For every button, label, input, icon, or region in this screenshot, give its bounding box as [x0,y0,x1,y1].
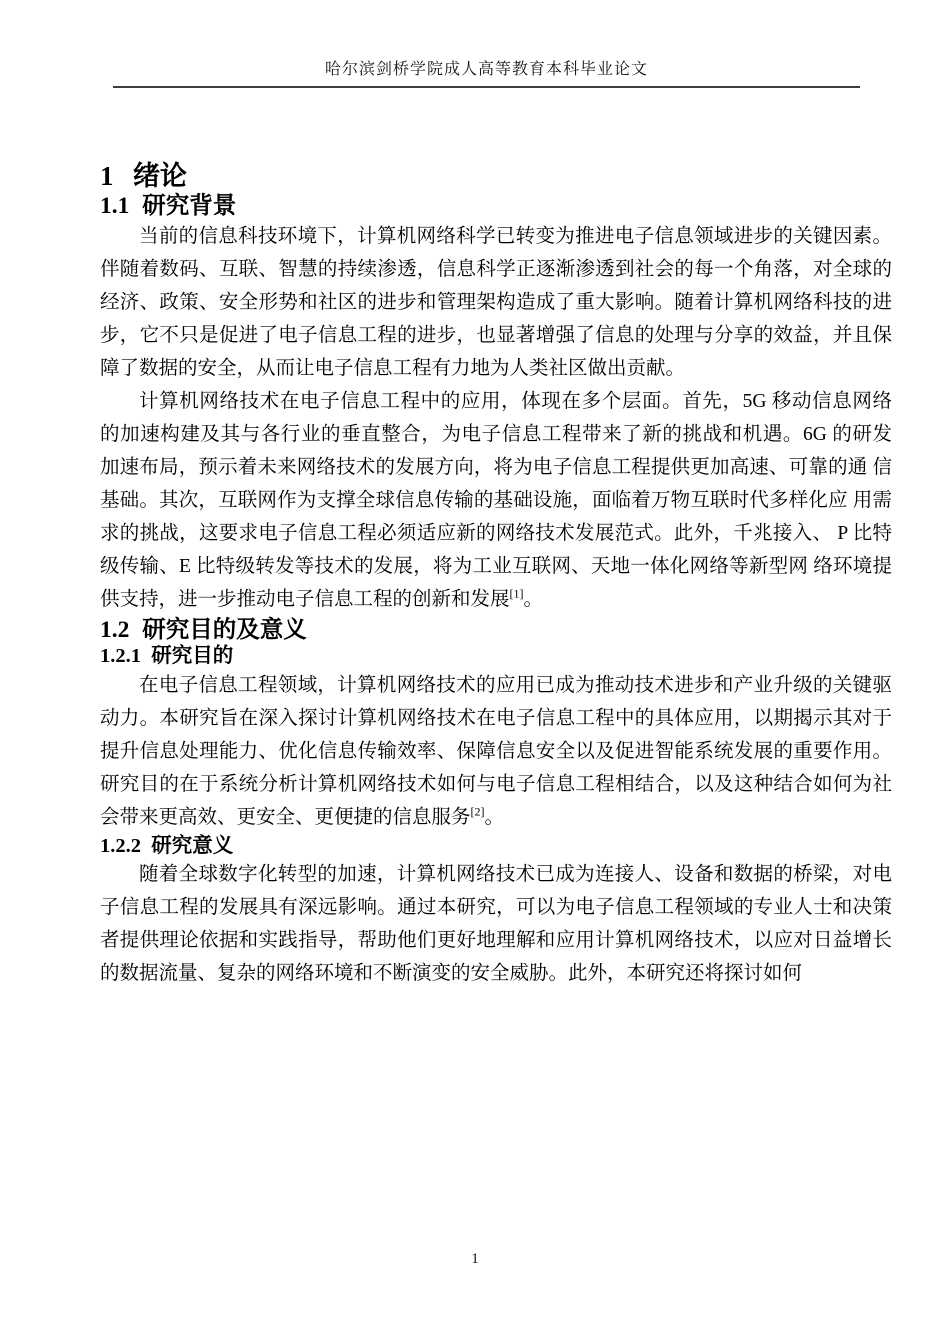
paragraph-background-1: 当前的信息科技环境下，计算机网络科学已转变为推进电子信息领域进步的关键因素。伴随… [100,220,892,385]
paragraph-meaning: 随着全球数字化转型的加速，计算机网络技术已成为连接人、设备和数据的桥梁，对电子信… [100,858,892,990]
chapter-heading: 1绪论 [100,161,892,192]
paragraph-background-2-text: 计算机网络技术在电子信息工程中的应用，体现在多个层面。首先，5G 移动信息网络 … [100,391,892,610]
citation-ref-1: [1] [510,587,524,601]
section-1-1-number: 1.1 [100,193,129,219]
paragraph-background-2-tail: 。 [524,589,544,610]
header-title: 哈尔滨剑桥学院成人高等教育本科毕业论文 [113,59,860,81]
document-page: 哈尔滨剑桥学院成人高等教育本科毕业论文 1绪论 1.1研究背景 当前的信息科技环… [0,0,950,1344]
document-body: 1绪论 1.1研究背景 当前的信息科技环境下，计算机网络科学已转变为推进电子信息… [100,161,892,990]
page-footer: 1 [0,1250,950,1268]
page-number: 1 [471,1251,479,1267]
section-1-2-number: 1.2 [100,617,129,643]
page-header: 哈尔滨剑桥学院成人高等教育本科毕业论文 [113,0,860,88]
section-heading-1-2-2: 1.2.2研究意义 [100,834,892,859]
section-1-2-title: 研究目的及意义 [142,616,307,642]
section-1-2-1-title: 研究目的 [151,644,233,667]
section-1-2-2-title: 研究意义 [151,834,233,857]
paragraph-purpose: 在电子信息工程领域，计算机网络技术的应用已成为推动技术进步和产业升级的关键驱动力… [100,669,892,834]
paragraph-purpose-text: 在电子信息工程领域，计算机网络技术的应用已成为推动技术进步和产业升级的关键驱动力… [100,675,892,828]
citation-ref-2: [2] [471,804,485,818]
section-1-1-title: 研究背景 [142,192,236,218]
paragraph-background-2: 计算机网络技术在电子信息工程中的应用，体现在多个层面。首先，5G 移动信息网络 … [100,385,892,616]
section-heading-1-2: 1.2研究目的及意义 [100,616,892,644]
section-heading-1-2-1: 1.2.1研究目的 [100,644,892,669]
chapter-title: 绪论 [133,161,187,191]
section-heading-1-1: 1.1研究背景 [100,192,892,220]
chapter-number: 1 [100,161,114,191]
section-1-2-1-number: 1.2.1 [100,645,141,667]
paragraph-purpose-tail: 。 [485,807,505,828]
section-1-2-2-number: 1.2.2 [100,835,141,857]
